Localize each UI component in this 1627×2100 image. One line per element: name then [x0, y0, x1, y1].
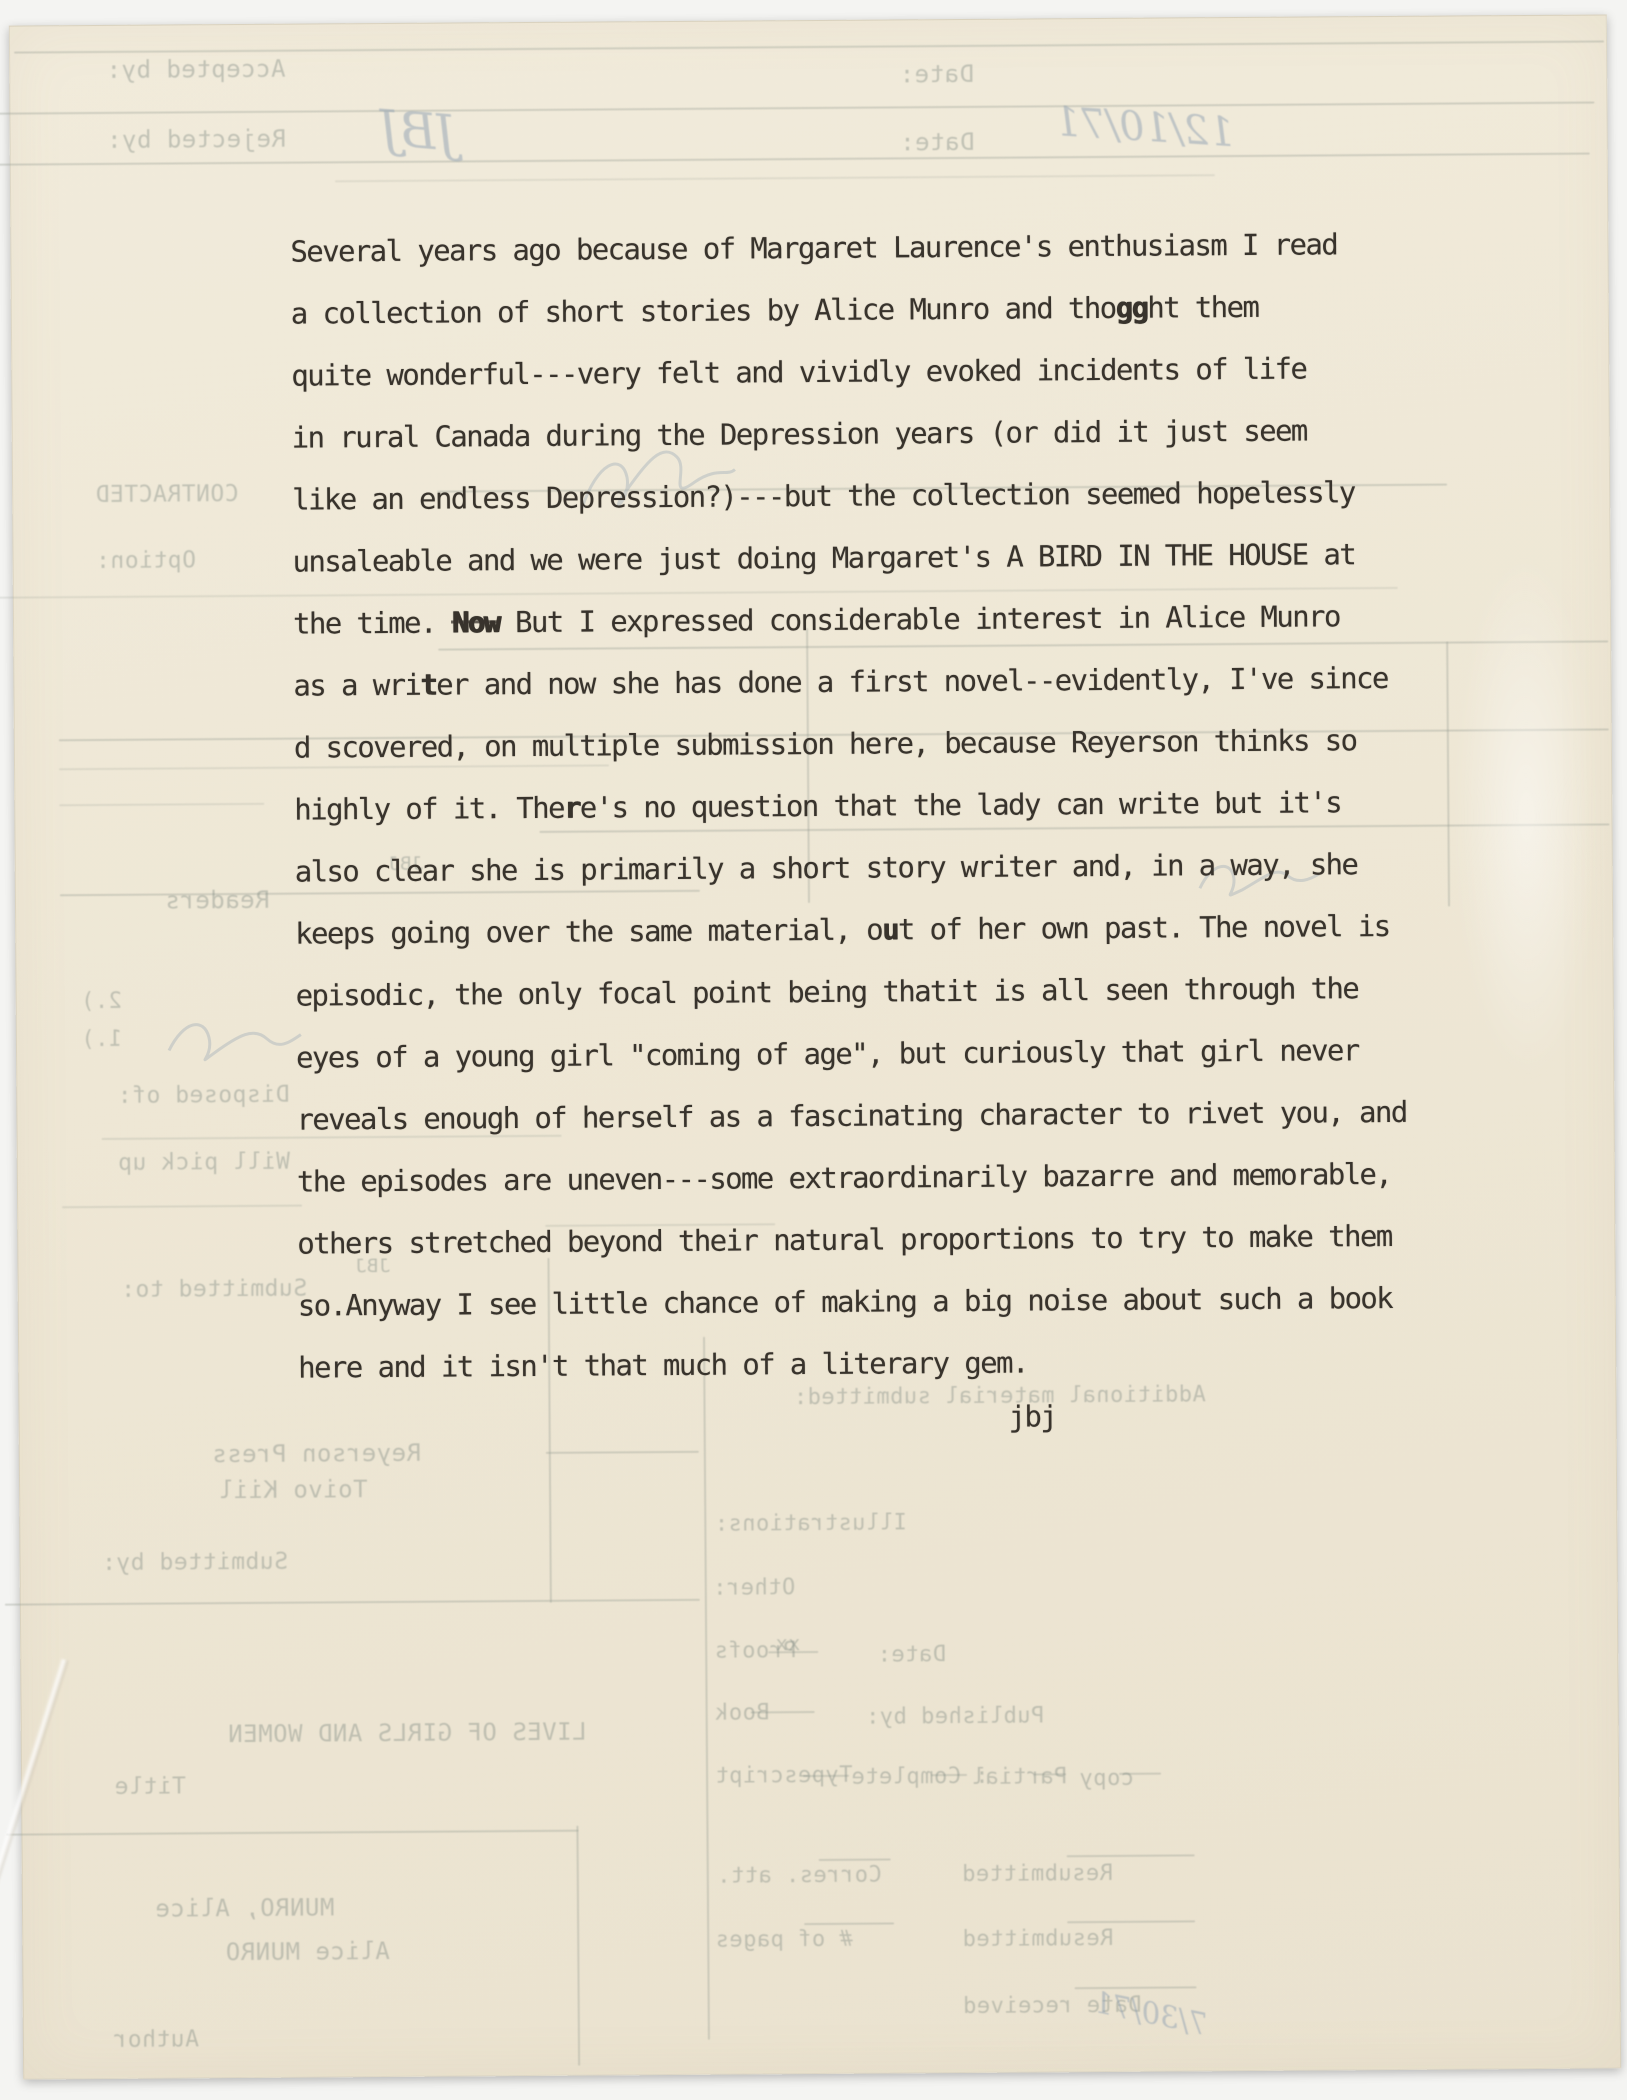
ghost-rule-line — [546, 1451, 699, 1454]
paper-sheen — [1455, 556, 1599, 1077]
ghost-label-complete: : Complete — [851, 1764, 989, 1790]
typed-line: keeps going over the same material, out … — [295, 895, 1415, 965]
ghost-label-disposed-of: Disposed of: — [117, 1082, 289, 1109]
ghost-rule-line — [14, 40, 1604, 53]
ghost-label-num-pages: # of pages — [715, 1927, 853, 1953]
ghost-label-resubmitted-1: Resubmitted — [962, 1861, 1113, 1887]
typed-line: eyes of a young girl "coming of age", bu… — [296, 1019, 1416, 1089]
ghost-rule-line — [335, 174, 1215, 182]
ghost-label-contracted: CONTRACTED — [95, 481, 239, 508]
ghost-rule-line — [819, 1858, 891, 1861]
ghost-rule-line — [59, 803, 264, 806]
ghost-label-item-1: 1.) — [81, 1027, 122, 1052]
ghost-label-resubmitted-2: Resubmitted — [962, 1926, 1113, 1952]
ghost-label-submitted-by: Submitted by: — [101, 1549, 288, 1576]
ghost-form-labels: Accepted by:Date:Rejected by:Date:CONTRA… — [0, 0, 1621, 7]
typed-line: quite wonderful---very felt and vividly … — [291, 337, 1411, 407]
ghost-label-copy: copy — [1079, 1766, 1134, 1791]
typed-line: reveals enough of herself as a fascinati… — [296, 1081, 1416, 1151]
ghost-rule-line — [1075, 1986, 1197, 1989]
ghost-handwriting-rejected-initials: JBJ — [377, 99, 458, 163]
ghost-rule-line — [6, 1830, 578, 1836]
paper: Accepted by:Date:Rejected by:Date:CONTRA… — [9, 14, 1621, 2079]
typed-line: unsaleable and we were just doing Margar… — [292, 523, 1412, 593]
typed-line: in rural Canada during the Depression ye… — [292, 399, 1412, 469]
ghost-form-rules — [0, 0, 1621, 7]
typed-report: Several years ago because of Margaret La… — [290, 213, 1418, 1399]
ghost-label-other: Other: — [713, 1575, 796, 1601]
ghost-label-typescript: Typescript — [715, 1763, 853, 1789]
ghost-handwriting-received-date: 7/30/71 — [1090, 1985, 1210, 2043]
ghost-label-title-label: Title — [114, 1773, 186, 1800]
ghost-label-publisher: Reyerson Press — [212, 1439, 421, 1468]
ghost-label-author-label: Author — [113, 2026, 199, 2053]
ghost-label-partial: Partial — [971, 1764, 1067, 1790]
ghost-rule-line — [5, 1599, 700, 1606]
ghost-label-submitted-to: Submitted to: — [121, 1276, 308, 1303]
handwriting-squiggle — [159, 1005, 309, 1076]
typed-line: Several years ago because of Margaret La… — [290, 213, 1410, 283]
ghost-handwriting-rejected-date: 12/10/71 — [1053, 99, 1235, 156]
ghost-rule-line — [1446, 642, 1450, 907]
ghost-label-rejected-by: Rejected by: — [107, 125, 287, 154]
ghost-rule-line — [0, 153, 1590, 166]
ghost-rule-line — [1067, 1920, 1195, 1923]
paper-crease — [0, 1658, 69, 2099]
ghost-label-date-1: Date: — [899, 60, 974, 89]
ghost-label-will-pick-up: Will pick up — [118, 1149, 290, 1176]
typed-line: also clear she is primarily a short stor… — [295, 833, 1415, 903]
paper-content: Accepted by:Date:Rejected by:Date:CONTRA… — [0, 0, 1627, 2100]
ghost-label-corres-att: Corres. att. — [717, 1863, 882, 1889]
ghost-label-date-2: Date: — [900, 128, 975, 157]
reader-initials: jbj — [1008, 1399, 1056, 1433]
ghost-label-author-name-1: MUNRO, Alice — [155, 1893, 335, 1922]
typed-line: d scovered, on multiple submission here,… — [294, 709, 1414, 779]
ghost-label-book: Book — [715, 1700, 770, 1725]
typed-line: others stretched beyond their natural pr… — [297, 1205, 1417, 1275]
ghost-rule-line — [1067, 1854, 1195, 1857]
ghost-label-date-3: Date: — [877, 1642, 946, 1667]
ghost-handwriting-layer: JBJ12/10/717/30/71 — [0, 0, 1621, 7]
ghost-label-proofs-mark: xx — [775, 1631, 800, 1655]
scan-background: Accepted by:Date:Rejected by:Date:CONTRA… — [0, 0, 1627, 2100]
typed-line: episodic, the only focal point being tha… — [295, 957, 1415, 1027]
ghost-label-illustrations: Illustrations: — [714, 1510, 907, 1536]
ghost-rule-line — [703, 1337, 710, 2040]
typed-line: as a writer and now she has done a first… — [293, 647, 1413, 717]
ghost-label-option: Option: — [95, 547, 196, 574]
ghost-rule-line — [0, 102, 1594, 115]
typed-line: here and it isn't that much of a literar… — [298, 1329, 1418, 1399]
ghost-label-readers: Readers — [165, 886, 270, 915]
ghost-label-published-by: Published by: — [866, 1703, 1045, 1729]
typed-line: so.Anyway I see little chance of making … — [298, 1267, 1418, 1337]
typed-line: a collection of short stories by Alice M… — [291, 275, 1411, 345]
ghost-rule-line — [804, 1922, 894, 1925]
typed-line: the episodes are uneven---some extraordi… — [297, 1143, 1417, 1213]
typed-line: highly of it. There's no question that t… — [294, 771, 1414, 841]
ghost-label-book-title: LIVES OF GIRLS AND WOMEN — [228, 1718, 587, 1749]
ghost-rule-line — [576, 1826, 580, 2066]
ghost-rule-line — [62, 1205, 302, 1209]
ghost-label-accepted-by: Accepted by: — [106, 55, 286, 84]
ghost-label-agent: Toivo Kiil — [218, 1475, 368, 1504]
typed-line: like an endless Depression?)---but the c… — [292, 461, 1412, 531]
typed-line: the time. Now But I expressed considerab… — [293, 585, 1413, 655]
ghost-label-item-2: 2.) — [81, 989, 122, 1014]
ghost-label-author-name-2: Alice MUNRO — [225, 1937, 390, 1966]
